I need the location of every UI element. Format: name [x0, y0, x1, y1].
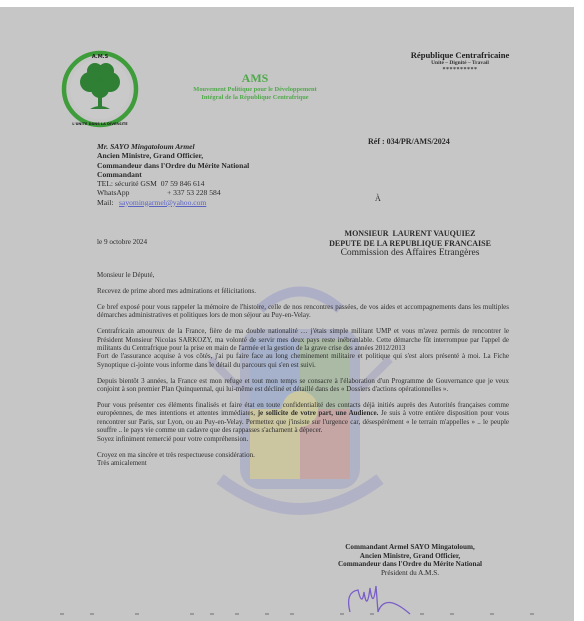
- paragraph-5c: Soyez infiniment remercié pour votre com…: [97, 435, 248, 443]
- letter-page: A.M.S L'UNITE DANS LA DIVERSITE AMS Mouv…: [0, 7, 574, 621]
- signature-line-4: Président du A.M.S.: [290, 569, 530, 578]
- closing: Croyez en ma sincère et très respectueus…: [97, 451, 509, 468]
- sender-tel-row: TEL: sécurité GSM 07 59 846 614: [97, 179, 337, 188]
- sender-name: Mr. SAYO Mingatoloum Armel: [97, 142, 337, 151]
- country-header: République Centrafricaine Unité – Dignit…: [360, 50, 560, 73]
- tel-label: TEL: sécurité GSM: [97, 179, 157, 188]
- paragraph-4: Depuis bientôt 3 années, la France est m…: [97, 377, 509, 394]
- closing-line-1: Croyez en ma sincère et très respectueus…: [97, 451, 255, 459]
- sender-title-2: Commandeur dans l'Ordre du Mérite Nation…: [97, 161, 337, 170]
- paragraph-3b: Fort de l'assurance acquise à vos côtés,…: [97, 352, 509, 368]
- recipient-name: MONSIEUR LAURENT VAUQUIEZ: [290, 229, 530, 239]
- to-marker: À: [375, 194, 381, 203]
- sender-block: Mr. SAYO Mingatoloum Armel Ancien Minist…: [97, 142, 337, 207]
- org-subtitle-line1: Mouvement Politique pour le Développemen…: [150, 86, 360, 94]
- svg-text:A.M.S: A.M.S: [92, 54, 109, 60]
- whatsapp-value: + 337 53 228 584: [167, 188, 221, 197]
- sender-title-1: Ancien Ministre, Grand Officier,: [97, 151, 337, 160]
- paragraph-3: Centrafricain amoureux de la France, fiè…: [97, 327, 509, 369]
- paragraph-5: Pour vous présenter ces éléments finalis…: [97, 401, 509, 443]
- reference-number: Réf : 034/PR/AMS/2024: [368, 137, 450, 146]
- paragraph-2: Ce bref exposé pour vous rappeler la mém…: [97, 303, 509, 320]
- recipient-commission: Commission des Affaires Etrangères: [290, 248, 530, 259]
- signature-line-3: Commandeur dans l'Ordre du Mérite Nation…: [290, 560, 530, 569]
- paragraph-1: Recevez de prime abord mes admirations e…: [97, 287, 509, 295]
- sender-whatsapp-row: WhatsApp + 337 53 228 584: [97, 188, 337, 197]
- letter-body: Monsieur le Député, Recevez de prime abo…: [97, 271, 509, 475]
- svg-text:L'UNITE DANS LA DIVERSITE: L'UNITE DANS LA DIVERSITE: [72, 122, 128, 126]
- signature-line-1: Commandant Armel SAYO Mingatoloum,: [290, 543, 530, 552]
- mail-link[interactable]: sayomingarmel@yahoo.com: [119, 198, 206, 207]
- paragraph-3a: Centrafricain amoureux de la France, fiè…: [97, 327, 509, 352]
- closing-line-2: Très amicalement: [97, 459, 147, 467]
- mail-label: Mail:: [97, 198, 119, 207]
- sender-mail-row: Mail: sayomingarmel@yahoo.com: [97, 198, 337, 207]
- stars-divider: **********: [360, 67, 560, 73]
- letter-date: le 9 octobre 2024: [97, 238, 147, 246]
- recipient-block: MONSIEUR LAURENT VAUQUIEZ DEPUTE DE LA R…: [290, 229, 530, 259]
- salutation: Monsieur le Député,: [97, 271, 509, 279]
- org-subtitle: Mouvement Politique pour le Développemen…: [150, 86, 360, 102]
- org-name: AMS: [160, 71, 350, 86]
- country-motto: Unité – Dignité – Travail: [360, 60, 560, 67]
- country-name: République Centrafricaine: [360, 50, 560, 60]
- recipient-title: DEPUTE DE LA REPUBLIQUE FRANCAISE: [290, 239, 530, 249]
- org-subtitle-line2: Intégral de la République Centrafrique: [150, 94, 360, 102]
- audience-request: je sollicite de votre part, une Audience…: [258, 409, 379, 417]
- signature-line-2: Ancien Ministre, Grand Officier,: [290, 552, 530, 561]
- signature-block: Commandant Armel SAYO Mingatoloum, Ancie…: [290, 543, 530, 577]
- sender-title-3: Commandant: [97, 170, 337, 179]
- footer-faint-text: [50, 613, 550, 619]
- whatsapp-label: WhatsApp: [97, 188, 167, 197]
- ams-logo-icon: A.M.S L'UNITE DANS LA DIVERSITE: [60, 49, 140, 129]
- tel-value: 07 59 846 614: [161, 179, 205, 188]
